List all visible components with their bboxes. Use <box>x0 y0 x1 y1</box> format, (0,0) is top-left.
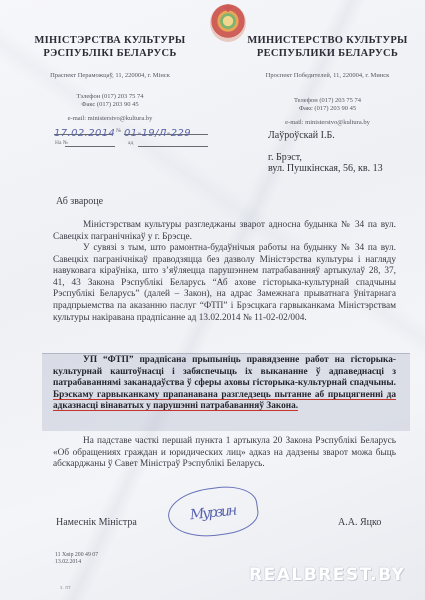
registration-number-prefix: № <box>116 128 121 134</box>
left-header-email: e-mail: ministerstvo@kultura.by <box>20 115 200 123</box>
closing-paragraph: На падставе часткі першай пункта 1 артык… <box>53 436 396 471</box>
reply-from-line <box>138 140 208 147</box>
right-header-fax: Факс (017) 203 90 45 <box>240 105 415 113</box>
left-header-fax: Факс (017) 203 90 45 <box>20 101 200 109</box>
left-header-phone: Тэлефон (017) 203 75 74 <box>20 93 200 101</box>
paragraph-2: У сувязі з тым, што рамонтна-будаўнічыя … <box>53 243 396 324</box>
registration-date: 17.02.2014 <box>54 128 115 139</box>
document-page: МІНІСТЭРСТВА КУЛЬТУРЫ РЭСПУБЛІКІ БЕЛАРУС… <box>0 0 425 600</box>
watermark-logo: REALBREST.BY <box>249 565 405 585</box>
footer-executor: 11 Хвір 200 49 07 <box>55 552 98 559</box>
footer-mark: з. пт <box>60 585 71 592</box>
addressee-city: г. Брэст, <box>268 152 302 163</box>
left-header-title-1: МІНІСТЭРСТВА КУЛЬТУРЫ <box>20 34 200 47</box>
signatory-position: Намеснік Міністра <box>56 517 137 528</box>
addressee-street: вул. Пушкінская, 56, кв. 13 <box>268 163 383 174</box>
left-header: МІНІСТЭРСТВА КУЛЬТУРЫ РЭСПУБЛІКІ БЕЛАРУС… <box>20 34 200 123</box>
registration-date-line: 17.02.2014 <box>54 123 112 135</box>
highlighted-paragraph: УП “ФТП” прадпісана прыпыніць правядзенн… <box>53 355 396 413</box>
registration-number-line: 01-19/Л-229 <box>124 123 208 135</box>
footer-date: 13.02.2014 <box>55 559 81 566</box>
paragraph-1: Міністэрствам культуры разгледжаны зваро… <box>53 220 396 243</box>
red-underlined-text: Брэскаму гарвыканкаму прапанавана разгле… <box>53 390 396 412</box>
left-header-title-2: РЭСПУБЛІКІ БЕЛАРУСЬ <box>20 47 200 60</box>
addressee-name: Лаўроўскай І.Б. <box>268 130 335 141</box>
right-header-email: e-mail: ministerstvo@kultura.by <box>240 119 415 127</box>
signatory-name: А.А. Яцко <box>338 517 381 528</box>
highlighted-text-part1: УП “ФТП” прадпісана прыпыніць правядзенн… <box>53 355 396 388</box>
reply-from-label: ад <box>128 140 133 146</box>
letter-subject: Аб звароце <box>56 196 103 207</box>
right-header-title-2: РЕСПУБЛИКИ БЕЛАРУСЬ <box>240 47 415 60</box>
right-header-title-1: МИНИСТЕРСТВО КУЛЬТУРЫ <box>240 34 415 47</box>
right-header-phone: Телефон (017) 203 75 74 <box>240 97 415 105</box>
right-header: МИНИСТЕРСТВО КУЛЬТУРЫ РЕСПУБЛИКИ БЕЛАРУС… <box>240 34 415 127</box>
reply-to-line <box>65 140 115 147</box>
right-header-address: Проспект Победителей, 11, 220004, г. Мин… <box>240 72 415 80</box>
left-header-address: Праспект Пераможцаў, 11, 220004, г. Мінс… <box>20 72 200 80</box>
registration-number: 01-19/Л-229 <box>124 128 191 139</box>
